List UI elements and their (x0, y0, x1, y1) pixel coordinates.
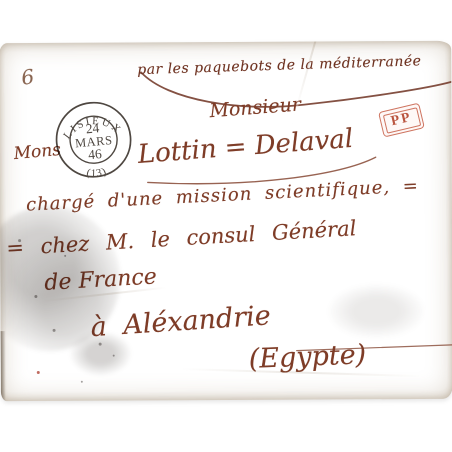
ink-dot (88, 279, 90, 281)
ink-dot (99, 343, 102, 346)
city-line: à Aléxandrie (90, 300, 272, 343)
ink-dot (64, 255, 66, 257)
postmark-year: 46 (87, 146, 102, 162)
ink-dot (34, 295, 37, 298)
country-line: de France (44, 264, 158, 295)
red-ink-dot (37, 371, 40, 374)
photo-background: { "colors": { "background": "#ffffff", "… (0, 0, 452, 452)
pp-stamp: PP (378, 103, 425, 138)
ink-dot (81, 381, 83, 383)
ink-dot (113, 355, 115, 357)
left-edge-shadow (1, 331, 6, 401)
postmark-department: (13) (84, 165, 109, 181)
region-line: (Egypte) (248, 339, 367, 375)
pp-stamp-label: PP (382, 107, 421, 134)
consul-line: = chez M. le consul Général (6, 216, 357, 260)
ink-dot (18, 239, 21, 242)
envelope: 6 par les paquebots de la méditerranée M… (0, 41, 452, 401)
route-note: par les paquebots de la méditerranée (137, 53, 422, 78)
salutation: Monsieur (209, 93, 302, 122)
svg-text:(13): (13) (84, 165, 109, 181)
ink-smudge-faint (328, 284, 424, 339)
ink-dot (53, 329, 56, 332)
weight-mark: 6 (20, 64, 36, 90)
addressee-name: Lottin = Delaval (137, 124, 354, 170)
lisieux-postmark: LISIEUX (13) 24 MARS 46 (41, 87, 145, 191)
